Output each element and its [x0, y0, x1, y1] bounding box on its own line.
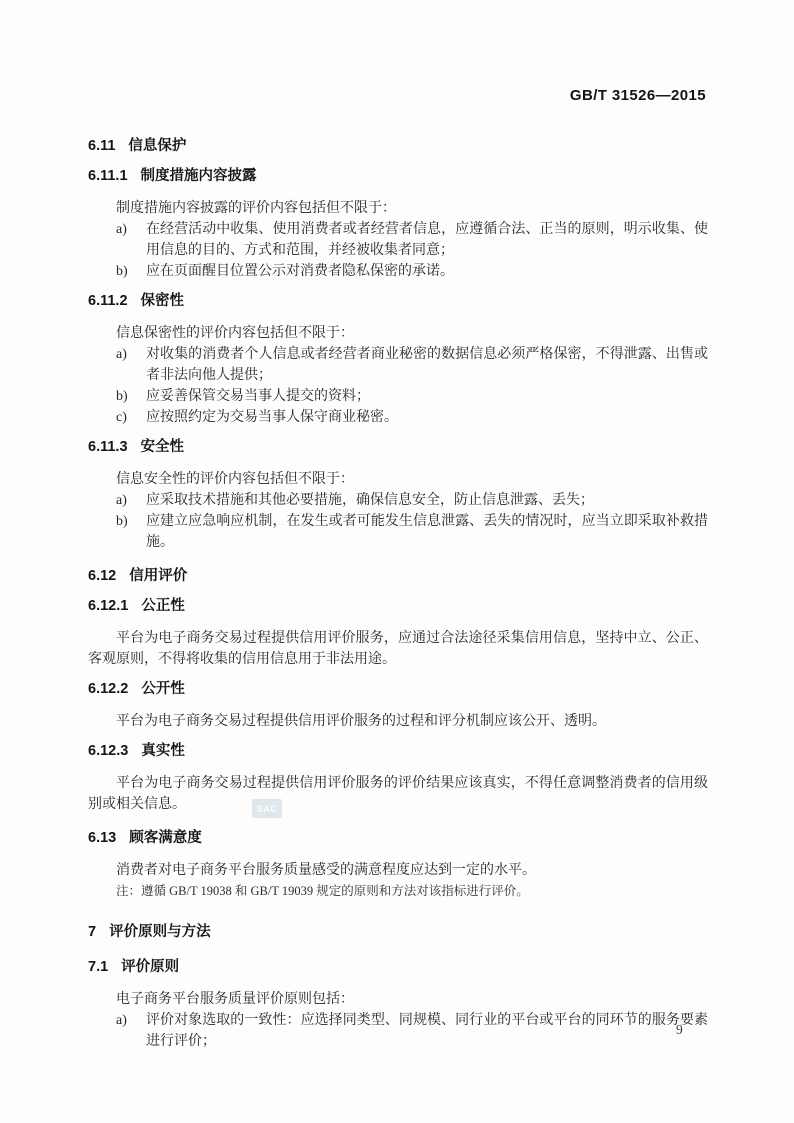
section-title: 评价原则	[121, 959, 179, 976]
section-number: 6.11.1	[88, 168, 128, 185]
section-heading-6-13: 6.13 顾客满意度	[88, 830, 708, 847]
section-heading-6-12-1: 6.12.1 公正性	[88, 598, 708, 615]
section-title: 公开性	[141, 681, 185, 698]
list-item-text: 在经营活动中收集、使用消费者或者经营者信息，应遵循合法、正当的原则，明示收集、使…	[146, 219, 708, 261]
section-title: 安全性	[141, 439, 185, 456]
section-number: 6.11	[88, 138, 115, 155]
paragraph: 消费者对电子商务平台服务质量感受的满意程度应达到一定的水平。	[88, 860, 708, 881]
section-title: 保密性	[141, 293, 185, 310]
list-item: a) 应采取技术措施和其他必要措施，确保信息安全，防止信息泄露、丢失；	[116, 490, 708, 511]
section-title: 信息保护	[128, 138, 186, 155]
list-item: a) 评价对象选取的一致性：应选择同类型、同规模、同行业的平台或平台的同环节的服…	[116, 1010, 708, 1052]
section-heading-6-11-2: 6.11.2 保密性	[88, 293, 708, 310]
section-heading-6-11: 6.11 信息保护	[88, 138, 708, 155]
chapter-heading-7: 7 评价原则与方法	[88, 924, 708, 941]
section-number: 6.11.2	[88, 293, 128, 310]
list-item-text: 应按照约定为交易当事人保守商业秘密。	[146, 407, 708, 428]
list-item: b) 应在页面醒目位置公示对消费者隐私保密的承诺。	[116, 261, 708, 282]
list: a) 在经营活动中收集、使用消费者或者经营者信息，应遵循合法、正当的原则，明示收…	[116, 219, 708, 282]
paragraph-lead: 信息安全性的评价内容包括但不限于：	[88, 469, 708, 490]
paragraph: 平台为电子商务交易过程提供信用评价服务的评价结果应该真实，不得任意调整消费者的信…	[88, 773, 708, 815]
section-number: 6.12.2	[88, 681, 128, 698]
paragraph: 平台为电子商务交易过程提供信用评价服务的过程和评分机制应该公开、透明。	[88, 711, 708, 732]
list-item-text: 应建立应急响应机制，在发生或者可能发生信息泄露、丢失的情况时，应当立即采取补救措…	[146, 511, 708, 553]
list-item-marker: a)	[116, 490, 146, 511]
list-item-text: 应妥善保管交易当事人提交的资料；	[146, 386, 708, 407]
list-item-text: 应在页面醒目位置公示对消费者隐私保密的承诺。	[146, 261, 708, 282]
document-content: 6.11 信息保护 6.11.1 制度措施内容披露 制度措施内容披露的评价内容包…	[88, 136, 708, 1052]
list-item: c) 应按照约定为交易当事人保守商业秘密。	[116, 407, 708, 428]
list-item-marker: a)	[116, 1010, 146, 1052]
section-title: 评价原则与方法	[109, 924, 211, 941]
list-item-marker: a)	[116, 219, 146, 261]
section-heading-6-12-3: 6.12.3 真实性	[88, 743, 708, 760]
section-heading-6-11-1: 6.11.1 制度措施内容披露	[88, 168, 708, 185]
paragraph-lead: 制度措施内容披露的评价内容包括但不限于：	[88, 198, 708, 219]
list: a) 对收集的消费者个人信息或者经营者商业秘密的数据信息必须严格保密，不得泄露、…	[116, 344, 708, 428]
list-item-marker: b)	[116, 261, 146, 282]
section-title: 顾客满意度	[129, 830, 202, 847]
list-item-marker: a)	[116, 344, 146, 386]
list-item-text: 应采取技术措施和其他必要措施，确保信息安全，防止信息泄露、丢失；	[146, 490, 708, 511]
section-number: 6.13	[88, 830, 116, 847]
section-number: 6.12.1	[88, 598, 128, 615]
section-number: 6.11.3	[88, 439, 128, 456]
section-number: 7	[88, 924, 96, 941]
list-item-marker: b)	[116, 386, 146, 407]
list-item: a) 对收集的消费者个人信息或者经营者商业秘密的数据信息必须严格保密，不得泄露、…	[116, 344, 708, 386]
section-heading-6-12-2: 6.12.2 公开性	[88, 681, 708, 698]
section-heading-6-11-3: 6.11.3 安全性	[88, 439, 708, 456]
note: 注：遵循 GB/T 19038 和 GB/T 19039 规定的原则和方法对该指…	[116, 882, 708, 900]
section-title: 公正性	[141, 598, 185, 615]
list: a) 应采取技术措施和其他必要措施，确保信息安全，防止信息泄露、丢失； b) 应…	[116, 490, 708, 553]
section-number: 6.12.3	[88, 743, 128, 760]
list-item: a) 在经营活动中收集、使用消费者或者经营者信息，应遵循合法、正当的原则，明示收…	[116, 219, 708, 261]
list-item-text: 对收集的消费者个人信息或者经营者商业秘密的数据信息必须严格保密，不得泄露、出售或…	[146, 344, 708, 386]
document-page: GB/T 31526—2015 SAC 6.11 信息保护 6.11.1 制度措…	[0, 0, 794, 1123]
standard-number-header: GB/T 31526—2015	[570, 87, 706, 104]
section-title: 制度措施内容披露	[141, 168, 257, 185]
section-heading-7-1: 7.1 评价原则	[88, 959, 708, 976]
section-title: 信用评价	[129, 568, 187, 585]
list-item: b) 应建立应急响应机制，在发生或者可能发生信息泄露、丢失的情况时，应当立即采取…	[116, 511, 708, 553]
section-title: 真实性	[141, 743, 185, 760]
section-heading-6-12: 6.12 信用评价	[88, 568, 708, 585]
paragraph-lead: 信息保密性的评价内容包括但不限于：	[88, 323, 708, 344]
section-number: 7.1	[88, 959, 108, 976]
paragraph-lead: 电子商务平台服务质量评价原则包括：	[88, 989, 708, 1010]
section-number: 6.12	[88, 568, 116, 585]
list-item: b) 应妥善保管交易当事人提交的资料；	[116, 386, 708, 407]
list-item-text: 评价对象选取的一致性：应选择同类型、同规模、同行业的平台或平台的同环节的服务要素…	[146, 1010, 708, 1052]
page-number: 9	[676, 1022, 683, 1038]
list-item-marker: c)	[116, 407, 146, 428]
paragraph: 平台为电子商务交易过程提供信用评价服务，应通过合法途径采集信用信息，坚持中立、公…	[88, 628, 708, 670]
list-item-marker: b)	[116, 511, 146, 553]
list: a) 评价对象选取的一致性：应选择同类型、同规模、同行业的平台或平台的同环节的服…	[116, 1010, 708, 1052]
